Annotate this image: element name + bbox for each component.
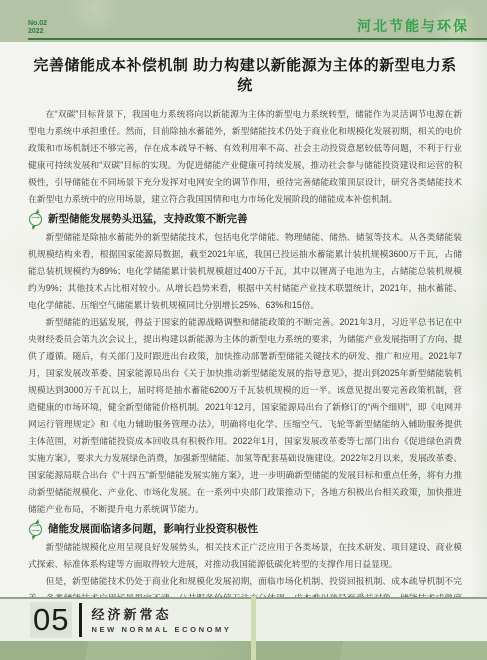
circular-arrows-icon: 一 bbox=[29, 213, 42, 226]
journal-title: 河北节能与环保 bbox=[357, 16, 469, 36]
paragraph: 新型储能是除抽水蓄能外的新型储能技术，包括电化学储能、物理储能、储热、储氢等技术… bbox=[28, 229, 462, 314]
header-rule bbox=[28, 38, 487, 40]
section-heading-label: 储能发展面临诸多问题，影响行业投资积极性 bbox=[48, 521, 258, 537]
header: No.02 2022 河北节能与环保 bbox=[0, 0, 487, 42]
paragraph: 新型储能的迅猛发展，得益于国家的能源战略调整和储能政策的不断完善。2021年3月… bbox=[28, 314, 462, 518]
section-number: 二 bbox=[32, 521, 40, 537]
bottom-band bbox=[0, 641, 487, 660]
paragraph: 新型储能规模化应用呈现良好发展势头，相关技术正广泛应用于各类场景，在技术研发、项… bbox=[28, 539, 462, 573]
issue-number: No.02 2022 bbox=[28, 20, 47, 36]
article-title: 完善储能成本补偿机制 助力构建以新能源为主体的新型电力系统 bbox=[28, 56, 462, 96]
column-title-cn: 经济新常态 bbox=[91, 607, 231, 622]
intro-paragraph: 在“双碳”目标背景下，我国电力系统将向以新能源为主体的新型电力系统转型，储能作为… bbox=[28, 106, 462, 208]
section-number: 一 bbox=[32, 211, 40, 227]
issue-year-line: 2022 bbox=[28, 28, 47, 36]
footer-divider bbox=[79, 603, 82, 637]
accent-stripe bbox=[251, 597, 256, 660]
section-one-heading: 一 新型储能发展势头迅猛，支持政策不断完善 bbox=[29, 211, 462, 227]
circular-arrows-icon: 二 bbox=[29, 523, 42, 536]
article-body: 完善储能成本补偿机制 助力构建以新能源为主体的新型电力系统 在“双碳”目标背景下… bbox=[0, 42, 487, 597]
column-title-en: NEW NORMAL ECONOMY bbox=[91, 625, 231, 634]
section-two-heading: 二 储能发展面临诸多问题，影响行业投资积极性 bbox=[29, 521, 462, 537]
column-title: 经济新常态 NEW NORMAL ECONOMY bbox=[91, 607, 231, 634]
paragraph: 但是，新型储能技术仍处于商业化和规模化发展初期，面临市场化机制、投资回报机制、成… bbox=[28, 573, 462, 597]
issue-no-line: No.02 bbox=[28, 20, 47, 28]
footer: 05 经济新常态 NEW NORMAL ECONOMY bbox=[0, 599, 487, 641]
section-heading-label: 新型储能发展势头迅猛，支持政策不断完善 bbox=[48, 211, 248, 227]
page-number: 05 bbox=[30, 602, 72, 638]
magazine-page: No.02 2022 河北节能与环保 完善储能成本补偿机制 助力构建以新能源为主… bbox=[0, 0, 487, 660]
